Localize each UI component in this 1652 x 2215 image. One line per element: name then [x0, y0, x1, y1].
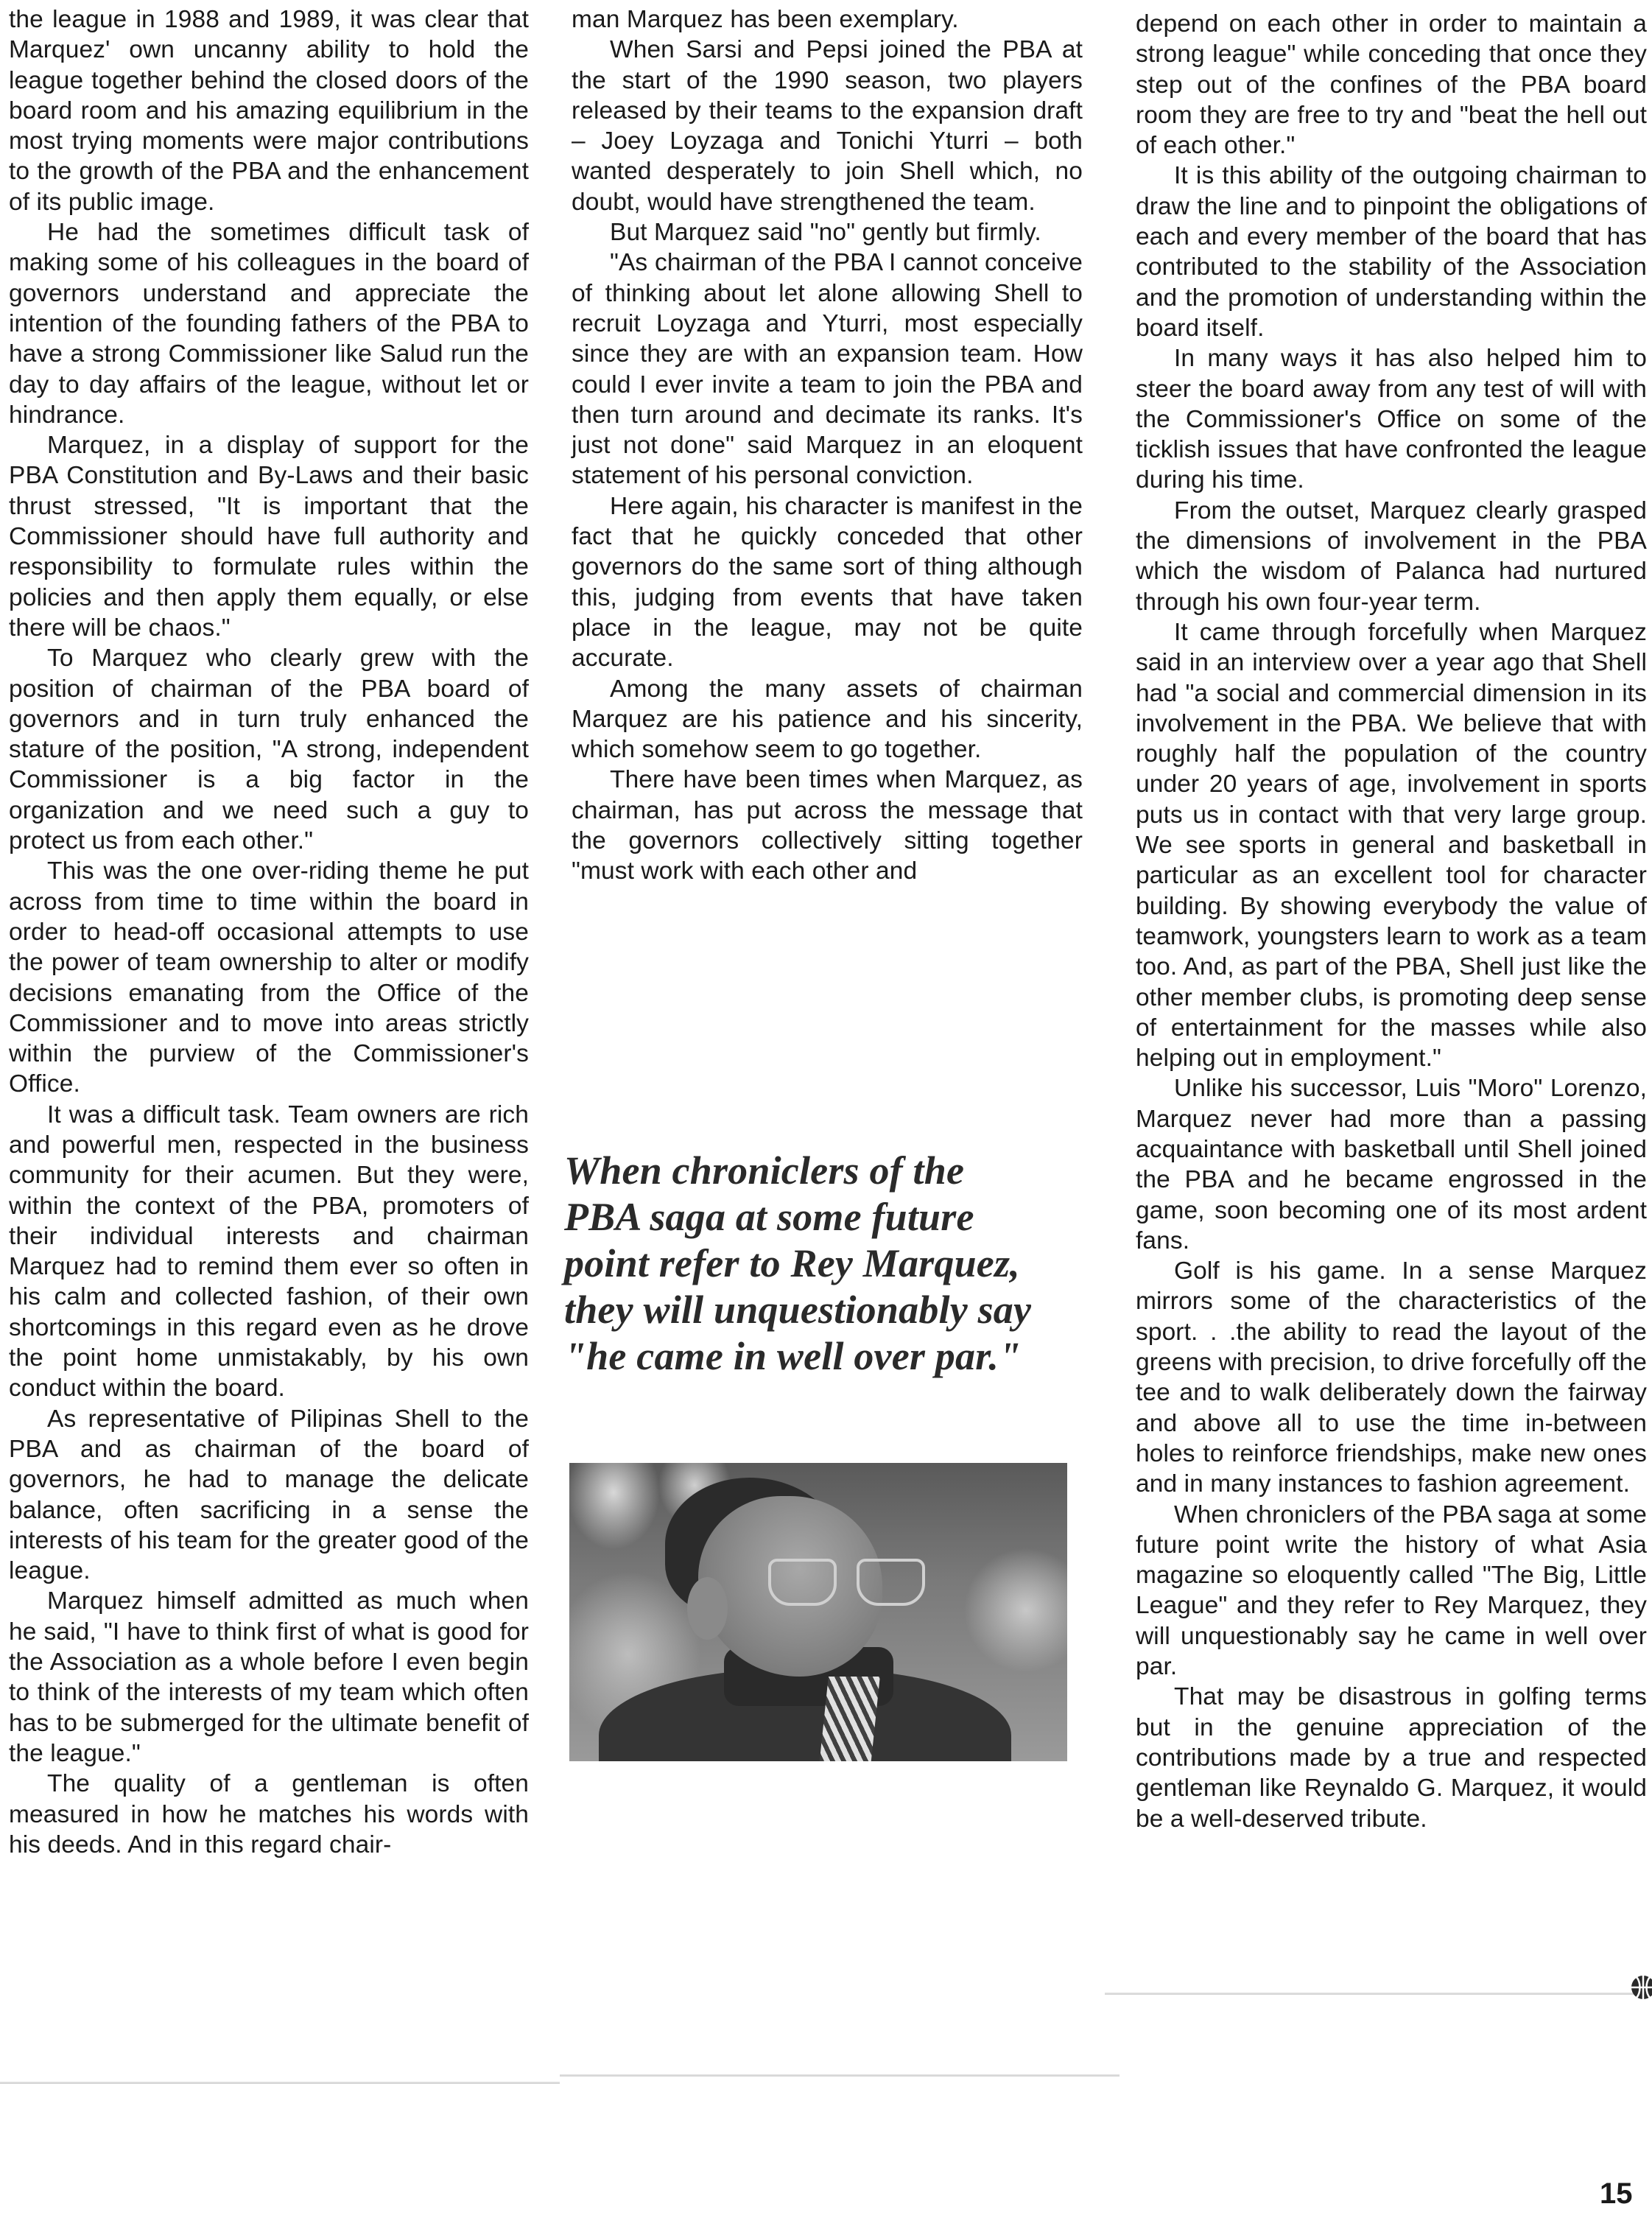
scan-edge-line	[0, 2082, 560, 2084]
paragraph: There have been times when Marquez, as c…	[572, 765, 1083, 886]
paragraph: That may be disastrous in golfing terms …	[1136, 1682, 1647, 1833]
paragraph: man Marquez has been exemplary.	[572, 4, 1083, 35]
paragraph: From the outset, Marquez clearly grasped…	[1136, 496, 1647, 617]
paragraph: Marquez himself admitted as much when he…	[9, 1586, 529, 1769]
paragraph: the league in 1988 and 1989, it was clea…	[9, 4, 529, 217]
paragraph: It came through forcefully when Marquez …	[1136, 617, 1647, 1073]
pull-quote-line: PBA saga at some future	[564, 1194, 1080, 1240]
article-column-1: the league in 1988 and 1989, it was clea…	[9, 4, 529, 1860]
paragraph: To Marquez who clearly grew with the pos…	[9, 643, 529, 856]
photo-glasses	[768, 1559, 930, 1603]
paragraph: Golf is his game. In a sense Marquez mir…	[1136, 1256, 1647, 1499]
paragraph: But Marquez said "no" gently but firmly.	[572, 217, 1083, 248]
paragraph: In many ways it has also helped him to s…	[1136, 343, 1647, 495]
paragraph: This was the one over-riding theme he pu…	[9, 856, 529, 1099]
pull-quote: When chroniclers of the PBA saga at some…	[564, 1148, 1080, 1380]
paragraph: The quality of a gentleman is often meas…	[9, 1769, 529, 1860]
paragraph: When chroniclers of the PBA saga at some…	[1136, 1500, 1647, 1682]
portrait-photo	[569, 1463, 1067, 1761]
paragraph: "As chairman of the PBA I cannot conceiv…	[572, 248, 1083, 491]
paragraph: Unlike his successor, Luis "Moro" Lorenz…	[1136, 1073, 1647, 1256]
pull-quote-line: When chroniclers of the	[564, 1148, 1080, 1194]
paragraph: He had the sometimes difficult task of m…	[9, 217, 529, 430]
basketball-icon	[1630, 1974, 1652, 2001]
page-number: 15	[1600, 2177, 1633, 2210]
paragraph: As representative of Pilipinas Shell to …	[9, 1404, 529, 1587]
pull-quote-line: "he came in well over par."	[564, 1333, 1080, 1380]
paragraph: Here again, his character is manifest in…	[572, 491, 1083, 674]
paragraph: It is this ability of the outgoing chair…	[1136, 161, 1647, 343]
pull-quote-line: they will unquestionably say	[564, 1287, 1080, 1333]
photo-striped-tie	[818, 1677, 880, 1761]
paragraph: Marquez, in a display of support for the…	[9, 430, 529, 643]
paragraph: depend on each other in order to maintai…	[1136, 9, 1647, 161]
scan-edge-line	[560, 2074, 1120, 2077]
scan-edge-line	[1105, 1993, 1652, 1995]
article-column-2: man Marquez has been exemplary. When Sar…	[572, 4, 1083, 887]
article-column-3: depend on each other in order to maintai…	[1136, 9, 1647, 1834]
paragraph: It was a difficult task. Team owners are…	[9, 1100, 529, 1404]
paragraph: Among the many assets of chairman Marque…	[572, 674, 1083, 765]
paragraph: When Sarsi and Pepsi joined the PBA at t…	[572, 35, 1083, 217]
pull-quote-line: point refer to Rey Marquez,	[564, 1240, 1080, 1287]
photo-ear	[687, 1577, 728, 1640]
